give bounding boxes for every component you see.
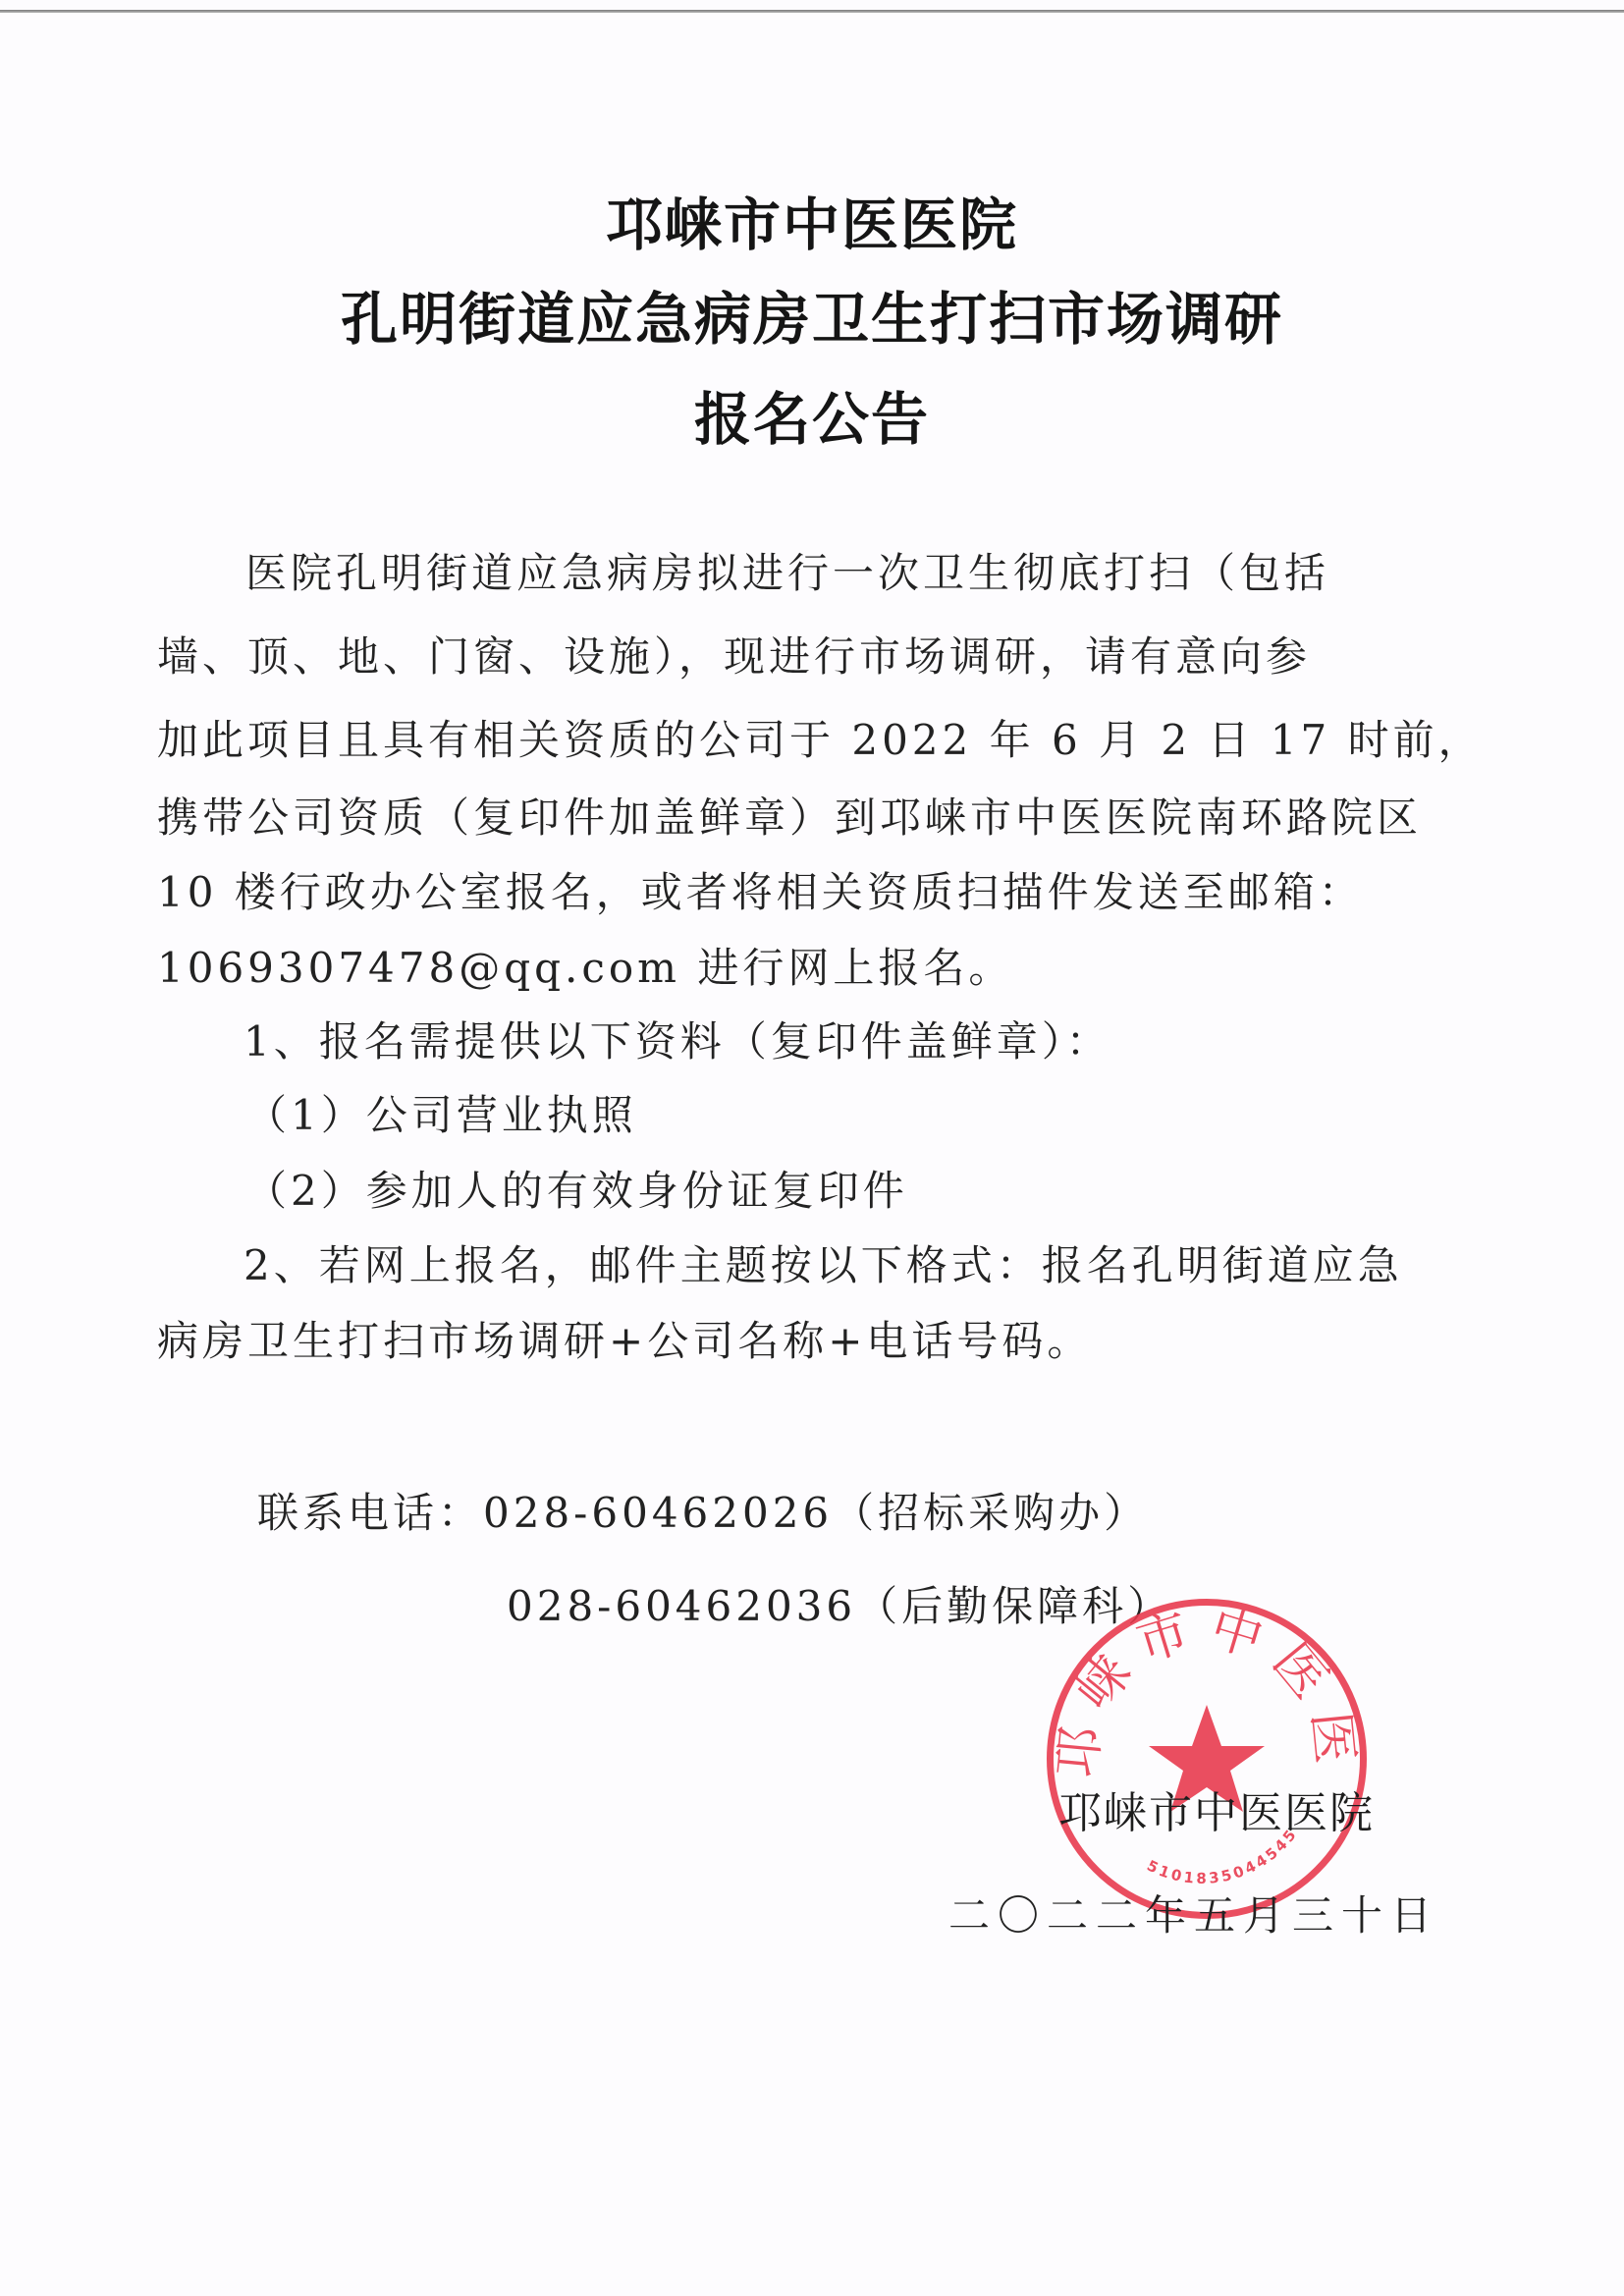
signature-org: 邛崃市中医医院	[1058, 1777, 1375, 1840]
body-line-4: 携带公司资质（复印件加盖鲜章）到邛崃市中医医院南环路院区	[157, 797, 1422, 839]
signature-date: 二〇二二年五月三十日	[948, 1884, 1439, 1942]
seal-graphic: 邛崃市中医医院 5101835044545	[1047, 1599, 1367, 1919]
title-hospital-name: 邛崃市中医医院	[0, 196, 1624, 253]
body-line-1: 医院孔明街道应急病房拟进行一次卫生彻底打扫（包括	[245, 553, 1329, 594]
body-line-6-email: 1069307478@qq.com 进行网上报名。	[157, 948, 1013, 989]
body-line-3: 加此项目且具有相关资质的公司于 2022 年 6 月 2 日 17 时前，	[157, 720, 1484, 761]
body-line-2: 墙、顶、地、门窗、设施），现进行市场调研，请有意向参	[157, 636, 1311, 678]
requirement-item-2-line-1: 2、若网上报名，邮件主题按以下格式：报名孔明街道应急	[244, 1245, 1403, 1286]
title-project: 孔明街道应急病房卫生打扫市场调研	[0, 291, 1624, 348]
scan-edge-line	[0, 10, 1624, 13]
contact-label: 联系电话：	[257, 1489, 483, 1537]
title-announcement: 报名公告	[0, 391, 1624, 448]
requirement-sub-1: （1）公司营业执照	[245, 1095, 637, 1136]
body-line-5: 10 楼行政办公室报名，或者将相关资质扫描件发送至邮箱：	[157, 872, 1364, 913]
contact-phone-2: 028-60462036	[507, 1582, 856, 1630]
document-page: 邛崃市中医医院 孔明街道应急病房卫生打扫市场调研 报名公告 医院孔明街道应急病房…	[0, 0, 1624, 2296]
requirement-item-2-line-2: 病房卫生打扫市场调研+公司名称+电话号码。	[157, 1321, 1092, 1362]
requirement-sub-2: （2）参加人的有效身份证复印件	[245, 1171, 908, 1212]
contact-dept-1: （招标采购办）	[833, 1489, 1149, 1537]
contact-phone-1: 028-60462026	[483, 1489, 833, 1537]
requirement-item-1: 1、报名需提供以下资料（复印件盖鲜章）：	[244, 1021, 1111, 1063]
contact-row-1: 联系电话：028-60462026（招标采购办）	[257, 1493, 1149, 1534]
official-seal: 邛崃市中医医院 5101835044545	[1047, 1599, 1367, 1919]
